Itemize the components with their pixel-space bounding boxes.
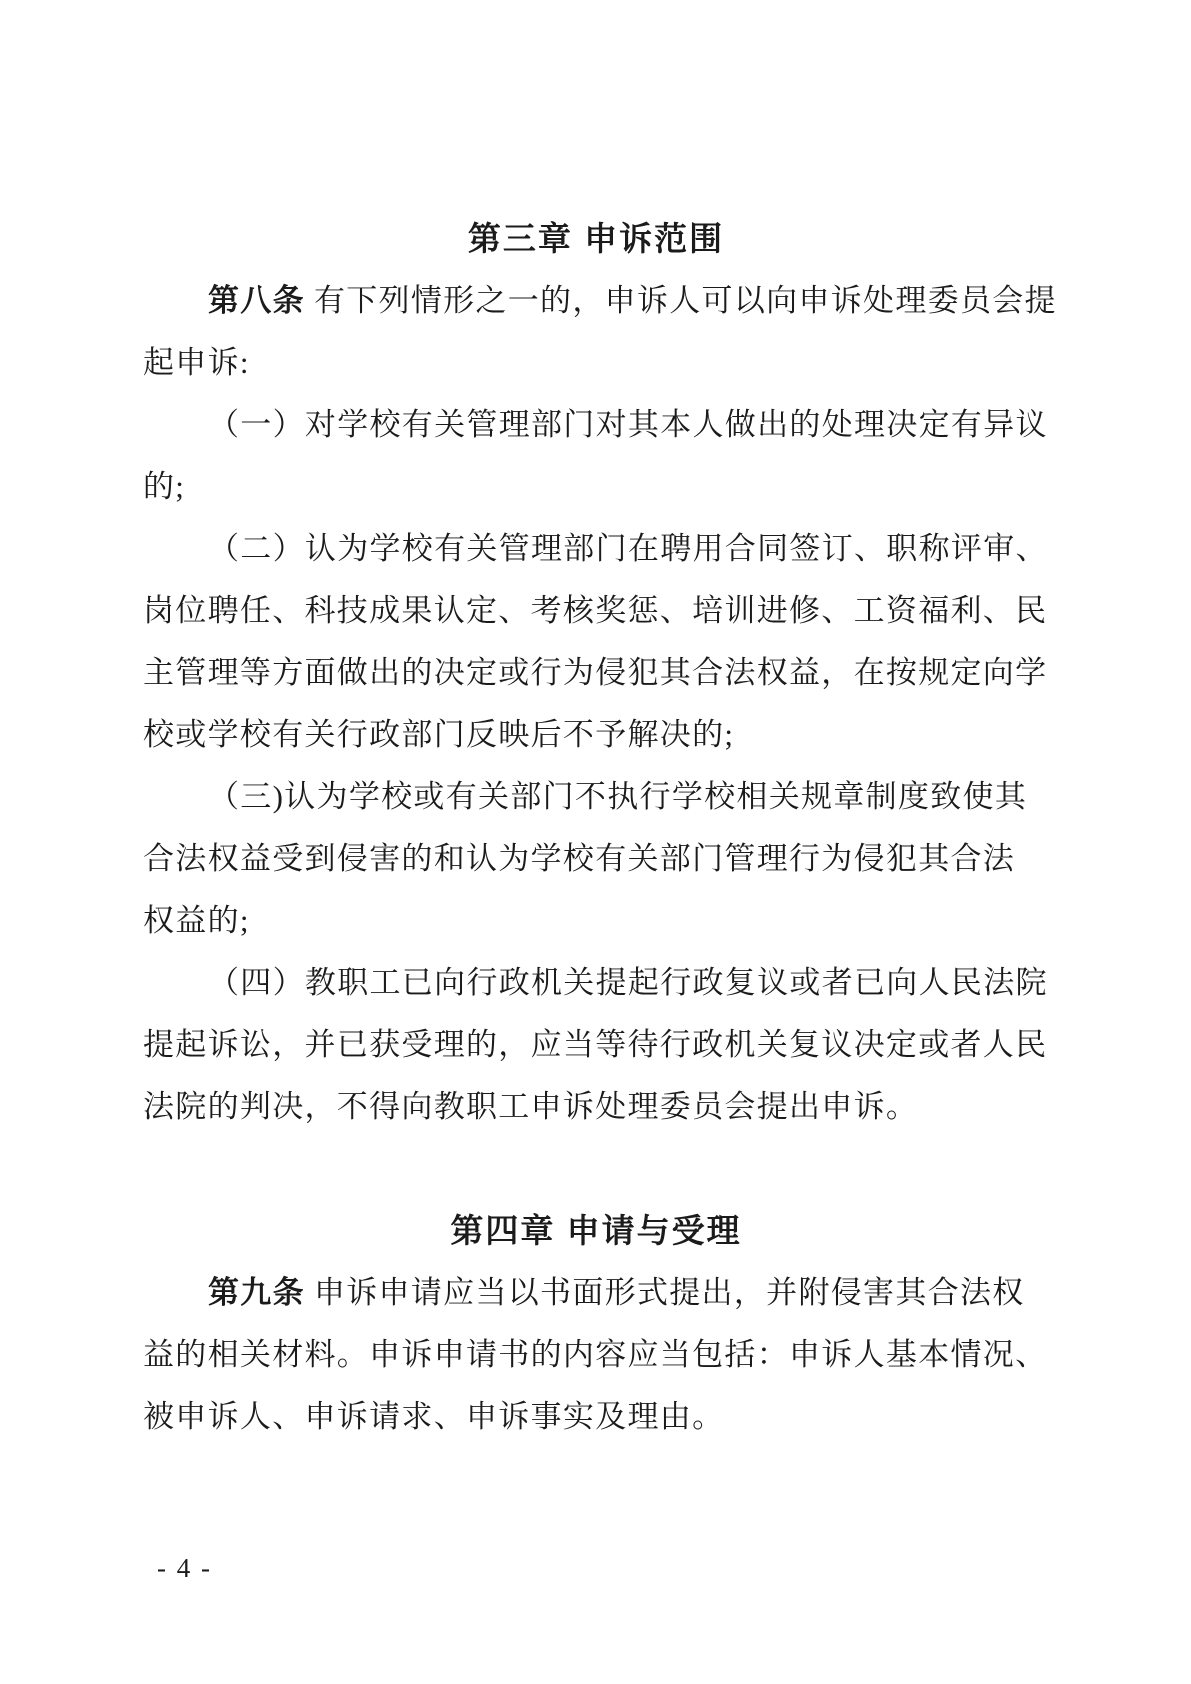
- body-line: 第八条 有下列情形之一的，申诉人可以向申诉处理委员会提: [143, 270, 1049, 332]
- body-line: （四）教职工已向行政机关提起行政复议或者已向人民法院: [143, 952, 1049, 1014]
- body-line: （二）认为学校有关管理部门在聘用合同签订、职称评审、: [143, 518, 1049, 580]
- body-line: 岗位聘任、科技成果认定、考核奖惩、培训进修、工资福利、民: [143, 580, 1049, 642]
- body-line: （一）对学校有关管理部门对其本人做出的处理决定有异议: [143, 394, 1049, 456]
- chapter-heading: 第三章 申诉范围: [143, 208, 1049, 270]
- document-page: 第三章 申诉范围第八条 有下列情形之一的，申诉人可以向申诉处理委员会提起申诉:（…: [0, 0, 1191, 1684]
- page-number: - 4 -: [157, 1548, 212, 1588]
- body-line: 益的相关材料。申诉申请书的内容应当包括：申诉人基本情况、: [143, 1324, 1049, 1386]
- body-line: 校或学校有关行政部门反映后不予解决的;: [143, 704, 1049, 766]
- body-line: （三)认为学校或有关部门不执行学校相关规章制度致使其: [143, 766, 1049, 828]
- article-number-lead: 第九条: [208, 1275, 305, 1310]
- body-line: 第九条 申诉申请应当以书面形式提出，并附侵害其合法权: [143, 1262, 1049, 1324]
- body-line: 起申诉:: [143, 332, 1049, 394]
- body-line: 权益的;: [143, 890, 1049, 952]
- document-body: 第三章 申诉范围第八条 有下列情形之一的，申诉人可以向申诉处理委员会提起申诉:（…: [143, 208, 1049, 1448]
- chapter-heading: 第四章 申请与受理: [143, 1200, 1049, 1262]
- article-number-lead: 第八条: [208, 283, 305, 318]
- body-line: 主管理等方面做出的决定或行为侵犯其合法权益，在按规定向学: [143, 642, 1049, 704]
- blank-line: [143, 1138, 1049, 1200]
- body-line: 合法权益受到侵害的和认为学校有关部门管理行为侵犯其合法: [143, 828, 1049, 890]
- body-line: 被申诉人、申诉请求、申诉事实及理由。: [143, 1386, 1049, 1448]
- body-line: 的;: [143, 456, 1049, 518]
- body-line: 法院的判决，不得向教职工申诉处理委员会提出申诉。: [143, 1076, 1049, 1138]
- body-line: 提起诉讼，并已获受理的，应当等待行政机关复议决定或者人民: [143, 1014, 1049, 1076]
